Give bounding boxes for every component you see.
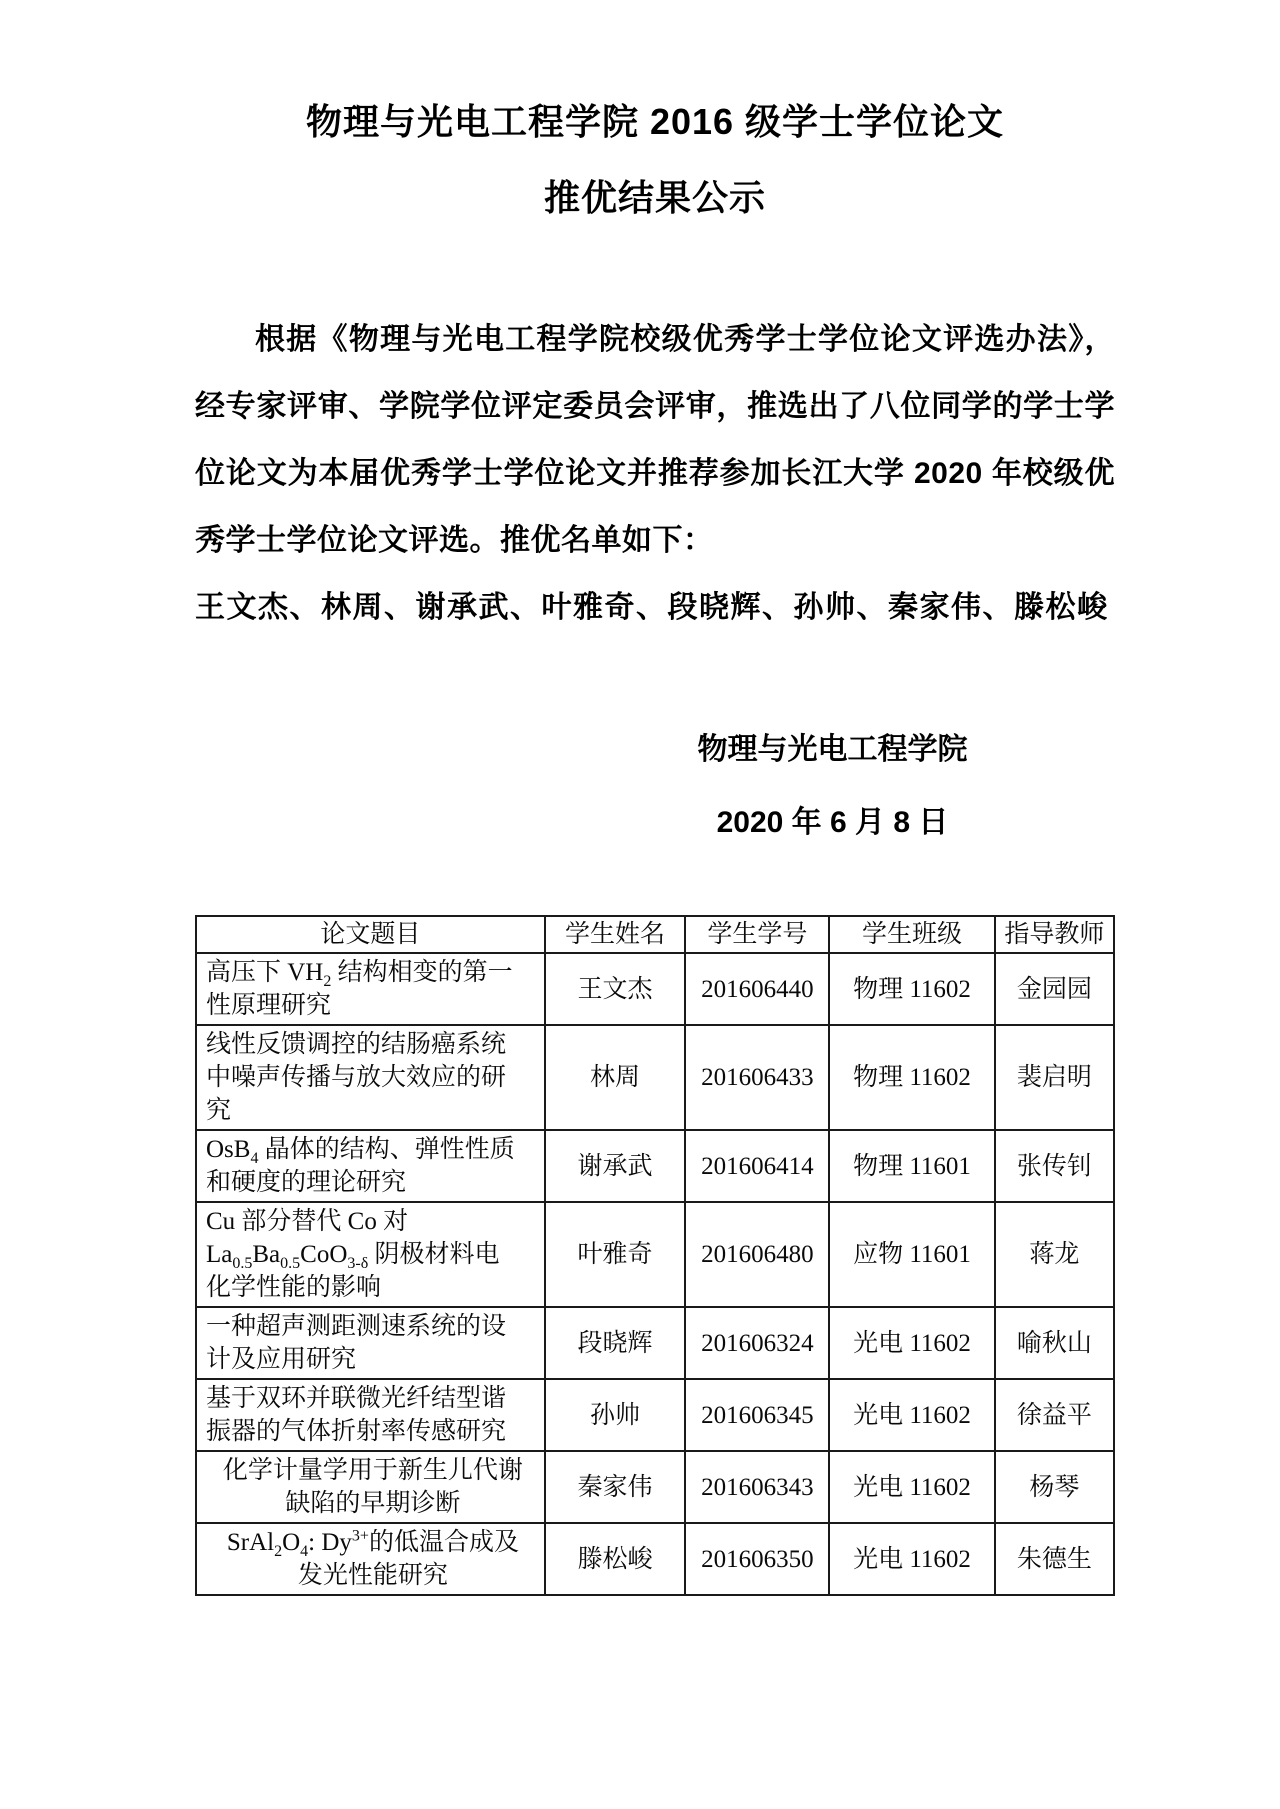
- table-row: 基于双环并联微光纤结型谐振器的气体折射率传感研究 孙帅 201606345 光电…: [196, 1379, 1114, 1451]
- student-class-cell: 物理 11602: [829, 1025, 994, 1130]
- student-name-cell: 秦家伟: [545, 1451, 685, 1523]
- thesis-title-cell: 基于双环并联微光纤结型谐振器的气体折射率传感研究: [196, 1379, 545, 1451]
- advisor-cell: 裴启明: [995, 1025, 1114, 1130]
- thesis-title-cell: 化学计量学用于新生儿代谢缺陷的早期诊断: [196, 1451, 545, 1523]
- table-row: Cu 部分替代 Co 对La0.5Ba0.5CoO3-δ 阴极材料电化学性能的影…: [196, 1202, 1114, 1307]
- advisor-cell: 徐益平: [995, 1379, 1114, 1451]
- thesis-title-cell: 高压下 VH2 结构相变的第一性原理研究: [196, 953, 545, 1025]
- student-name-cell: 叶雅奇: [545, 1202, 685, 1307]
- student-class-cell: 物理 11601: [829, 1130, 994, 1202]
- advisor-cell: 金园园: [995, 953, 1114, 1025]
- document-title-line2: 推优结果公示: [195, 160, 1115, 236]
- document-content: 物理与光电工程学院 2016 级学士学位论文 推优结果公示 根据《物理与光电工程…: [0, 84, 1280, 1596]
- thesis-title-cell: SrAl2O4: Dy3+的低温合成及发光性能研究: [196, 1523, 545, 1595]
- student-id-cell: 201606480: [685, 1202, 829, 1307]
- results-table: 论文题目 学生姓名 学生学号 学生班级 指导教师 高压下 VH2 结构相变的第一…: [195, 915, 1115, 1596]
- document-title-line1: 物理与光电工程学院 2016 级学士学位论文: [195, 84, 1115, 160]
- thesis-title-cell: 线性反馈调控的结肠癌系统中噪声传播与放大效应的研究: [196, 1025, 545, 1130]
- student-name-cell: 谢承武: [545, 1130, 685, 1202]
- student-class-cell: 光电 11602: [829, 1451, 994, 1523]
- student-class-cell: 光电 11602: [829, 1379, 994, 1451]
- advisor-cell: 朱德生: [995, 1523, 1114, 1595]
- document-title: 物理与光电工程学院 2016 级学士学位论文 推优结果公示: [195, 84, 1115, 236]
- table-row: 高压下 VH2 结构相变的第一性原理研究 王文杰 201606440 物理 11…: [196, 953, 1114, 1025]
- student-class-cell: 光电 11602: [829, 1523, 994, 1595]
- student-id-cell: 201606433: [685, 1025, 829, 1130]
- advisor-cell: 蒋龙: [995, 1202, 1114, 1307]
- table-row: 化学计量学用于新生儿代谢缺陷的早期诊断 秦家伟 201606343 光电 116…: [196, 1451, 1114, 1523]
- student-id-cell: 201606440: [685, 953, 829, 1025]
- student-id-cell: 201606343: [685, 1451, 829, 1523]
- student-id-cell: 201606414: [685, 1130, 829, 1202]
- thesis-title-cell: OsB4 晶体的结构、弹性性质和硬度的理论研究: [196, 1130, 545, 1202]
- signature-date: 2020 年 6 月 8 日: [550, 786, 1115, 859]
- signature-block: 物理与光电工程学院 2020 年 6 月 8 日: [550, 713, 1115, 859]
- student-name-cell: 林周: [545, 1025, 685, 1130]
- student-class-cell: 物理 11602: [829, 953, 994, 1025]
- student-id-cell: 201606345: [685, 1379, 829, 1451]
- document-page: 物理与光电工程学院 2016 级学士学位论文 推优结果公示 根据《物理与光电工程…: [0, 0, 1280, 1809]
- table-row: SrAl2O4: Dy3+的低温合成及发光性能研究 滕松峻 201606350 …: [196, 1523, 1114, 1595]
- selected-students-line: 王文杰、林周、谢承武、叶雅奇、段晓辉、孙帅、秦家伟、滕松峻: [195, 574, 1115, 641]
- header-advisor: 指导教师: [995, 916, 1114, 953]
- student-name-cell: 滕松峻: [545, 1523, 685, 1595]
- student-class-cell: 光电 11602: [829, 1307, 994, 1379]
- header-student-id: 学生学号: [685, 916, 829, 953]
- thesis-title-cell: 一种超声测距测速系统的设计及应用研究: [196, 1307, 545, 1379]
- advisor-cell: 杨琴: [995, 1451, 1114, 1523]
- header-thesis-title: 论文题目: [196, 916, 545, 953]
- student-name-cell: 王文杰: [545, 953, 685, 1025]
- table-row: 线性反馈调控的结肠癌系统中噪声传播与放大效应的研究 林周 201606433 物…: [196, 1025, 1114, 1130]
- table-header-row: 论文题目 学生姓名 学生学号 学生班级 指导教师: [196, 916, 1114, 953]
- advisor-cell: 张传钊: [995, 1130, 1114, 1202]
- student-name-cell: 段晓辉: [545, 1307, 685, 1379]
- student-id-cell: 201606350: [685, 1523, 829, 1595]
- header-student-class: 学生班级: [829, 916, 994, 953]
- student-id-cell: 201606324: [685, 1307, 829, 1379]
- table-row: 一种超声测距测速系统的设计及应用研究 段晓辉 201606324 光电 1160…: [196, 1307, 1114, 1379]
- student-class-cell: 应物 11601: [829, 1202, 994, 1307]
- student-name-cell: 孙帅: [545, 1379, 685, 1451]
- thesis-title-cell: Cu 部分替代 Co 对La0.5Ba0.5CoO3-δ 阴极材料电化学性能的影…: [196, 1202, 545, 1307]
- advisor-cell: 喻秋山: [995, 1307, 1114, 1379]
- header-student-name: 学生姓名: [545, 916, 685, 953]
- signature-organization: 物理与光电工程学院: [550, 713, 1115, 786]
- announcement-paragraph: 根据《物理与光电工程学院校级优秀学士学位论文评选办法》，经专家评审、学院学位评定…: [195, 306, 1115, 574]
- table-row: OsB4 晶体的结构、弹性性质和硬度的理论研究 谢承武 201606414 物理…: [196, 1130, 1114, 1202]
